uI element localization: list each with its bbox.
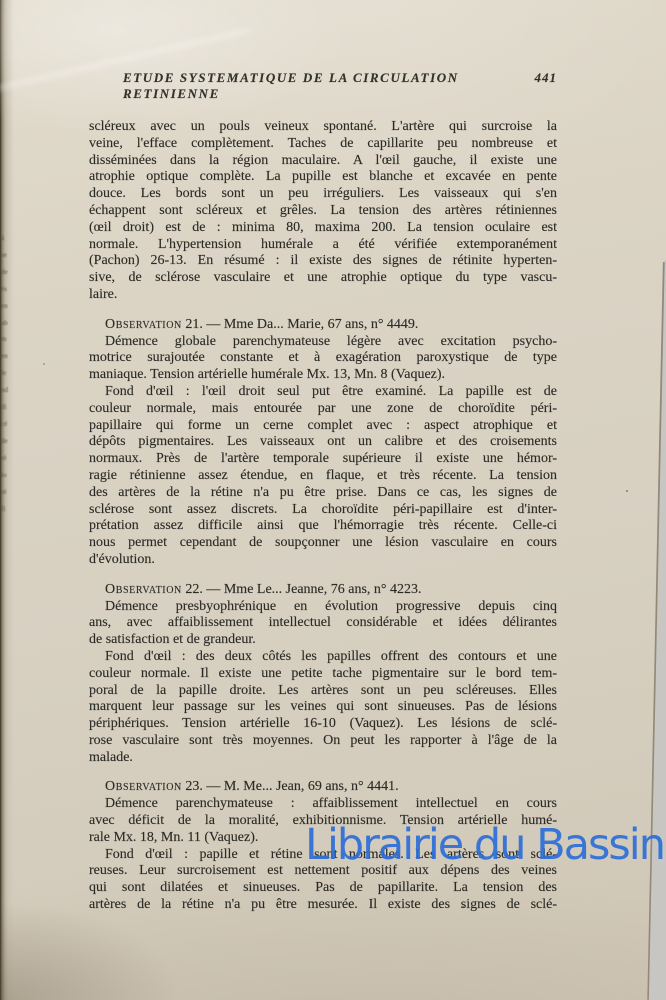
fragment-glyph: di — [1, 399, 10, 416]
text-line: Fond d'œil : l'œil droit seul put être e… — [89, 384, 557, 401]
text-line: scléreux avec un pouls veineux spontané.… — [89, 119, 557, 136]
text-line: laire. — [89, 287, 557, 304]
text-line: poral de la papille droite. Les artères … — [89, 683, 557, 700]
text-line: atrophie optique complète. La pupille es… — [89, 169, 557, 186]
text-block: scléreux avec un pouls veineux spontané.… — [89, 119, 557, 914]
observation-label: Observation — [105, 582, 182, 597]
text-line: douce. Les bords sont un peu irréguliers… — [89, 186, 557, 203]
text-line: échappent sont scléreux et grêles. La te… — [89, 203, 557, 220]
text-line: normale. L'hypertension humérale a été v… — [89, 237, 557, 254]
text-line: papillaire qui forme un cerne complet av… — [89, 418, 557, 435]
observation-heading: Observation 21. — Mme Da... Marie, 67 an… — [89, 317, 557, 334]
text-line: disséminées dans la région maculaire. A … — [89, 153, 557, 170]
fragment-glyph: se — [1, 247, 10, 264]
page-content: ETUDE SYSTEMATIQUE DE LA CIRCULATION RET… — [89, 70, 557, 914]
observation-heading: Observation 22. — Mme Le... Jeanne, 76 a… — [89, 582, 557, 599]
text-line: sclérose sont assez discrets. La choroïd… — [89, 502, 557, 519]
fragment-glyph: nd — [1, 382, 10, 399]
text-line: ragie rétinienne assez étendue, en flaqu… — [89, 468, 557, 485]
observation-heading: Observation 23. — M. Me... Jean, 69 ans,… — [89, 779, 557, 796]
text-line: Démence presbyophrénique en évolution pr… — [89, 599, 557, 616]
observation-label: Observation — [105, 779, 182, 794]
text-line: prétation assez difficile ainsi que l'hé… — [89, 518, 557, 535]
text-line: marquent leur passage sur les veines qui… — [89, 699, 557, 716]
fragment-glyph: m — [1, 331, 10, 348]
fragment-glyph: ab — [1, 315, 10, 332]
fragment-glyph: cé — [1, 416, 10, 433]
text-line: périphériques. Tension artérielle 16-10 … — [89, 716, 557, 733]
header-title: ETUDE SYSTEMATIQUE DE LA CIRCULATION RET… — [123, 70, 535, 102]
fragment-glyph: és — [1, 281, 10, 298]
fragment-glyph: le — [1, 365, 10, 382]
text-line: Démence parenchymateuse : affaiblissemen… — [89, 796, 557, 813]
fragment-glyph: de — [1, 264, 10, 281]
librairie-watermark: Librairie du Bassin — [305, 824, 664, 867]
text-line: (œil droit) est de : minima 80, maxima 2… — [89, 220, 557, 237]
text-line: couleur normale, mais entourée par une z… — [89, 401, 557, 418]
fragment-glyph: ré — [1, 484, 10, 501]
adjacent-page-text-fragments: àsedeésenabmenlenddicéderèioréfi — [1, 230, 10, 517]
text-line: qui sont dilatées et sinueuses. Pas de p… — [89, 880, 557, 897]
text-line: veine, l'efface complètement. Taches de … — [89, 136, 557, 153]
page-number: 441 — [535, 70, 558, 86]
text-line: des artères de la rétine n'a pu être pri… — [89, 485, 557, 502]
text-line: artères de la rétine n'a pu être mesurée… — [89, 897, 557, 914]
text-line: Fond d'œil : des deux côtés les papilles… — [89, 649, 557, 666]
observation-detail: 22. — Mme Le... Jeanne, 76 ans, n° 4223. — [182, 582, 422, 597]
text-line: rose vasculaire sont très moyennes. On p… — [89, 733, 557, 750]
text-line: couleur normale. Il existe une petite ta… — [89, 666, 557, 683]
text-line: Démence globale parenchymateuse légère a… — [89, 334, 557, 351]
running-header: ETUDE SYSTEMATIQUE DE LA CIRCULATION RET… — [89, 70, 557, 102]
text-line: sive, de sclérose vasculaire et une atro… — [89, 270, 557, 287]
text-line: maniaque. Tension artérielle humérale Mx… — [89, 367, 557, 384]
book-page-photo: àsedeésenabmenlenddicéderèioréfi ETUDE S… — [0, 0, 666, 1000]
fragment-glyph: fi — [1, 501, 10, 518]
observation-detail: 23. — M. Me... Jean, 69 ans, n° 4441. — [182, 779, 399, 794]
fragment-glyph: io — [1, 467, 10, 484]
text-line: d'évolution. — [89, 552, 557, 569]
text-line: malade. — [89, 750, 557, 767]
text-line: ans, avec affaiblissement intellectuel c… — [89, 615, 557, 632]
fragment-glyph: rè — [1, 450, 10, 467]
text-line: de satisfaction et de grandeur. — [89, 632, 557, 649]
fragment-glyph: à — [1, 230, 10, 247]
text-line: motrice surajoutée constante et à exagér… — [89, 350, 557, 367]
paper-speck — [626, 490, 628, 492]
text-line: nous permet cependant de soupçonner une … — [89, 535, 557, 552]
fragment-glyph: en — [1, 298, 10, 315]
observation-detail: 21. — Mme Da... Marie, 67 ans, n° 4449. — [182, 317, 419, 332]
fragment-glyph: en — [1, 348, 10, 365]
text-line: (Pachon) 26-13. En résumé : il existe de… — [89, 253, 557, 270]
fragment-glyph: de — [1, 433, 10, 450]
text-line: normaux. Près de l'artère temporale supé… — [89, 451, 557, 468]
observation-label: Observation — [105, 317, 182, 332]
text-line: dépôts pigmentaires. Les vaisseaux ont u… — [89, 434, 557, 451]
